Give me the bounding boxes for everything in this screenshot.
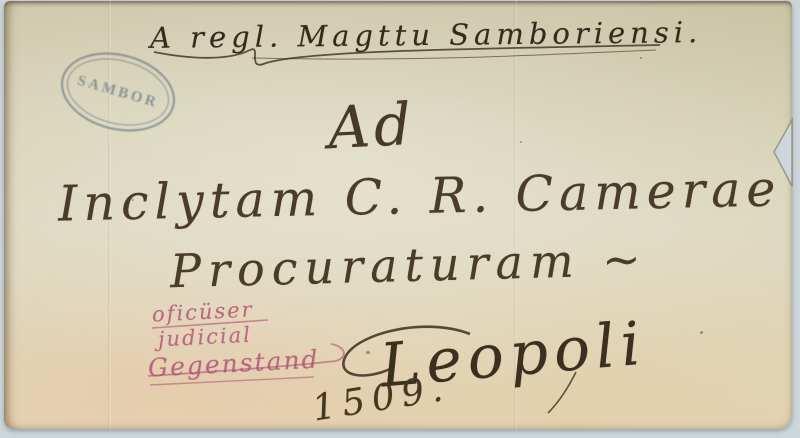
letter-photo: SAMBOR A regl. Magttu Samboriensi. Ad In…: [0, 0, 800, 438]
postmark-text: SAMBOR: [75, 72, 160, 111]
address-salutation: Ad: [326, 90, 416, 162]
paper-speck: [520, 141, 522, 143]
paper-speck: [700, 331, 703, 334]
endorsement-line: A regl. Magttu Samboriensi.: [150, 15, 703, 55]
rust-speck: [366, 351, 370, 354]
red-notation-line2: judicial: [157, 323, 252, 352]
paper-speck: [640, 57, 642, 59]
